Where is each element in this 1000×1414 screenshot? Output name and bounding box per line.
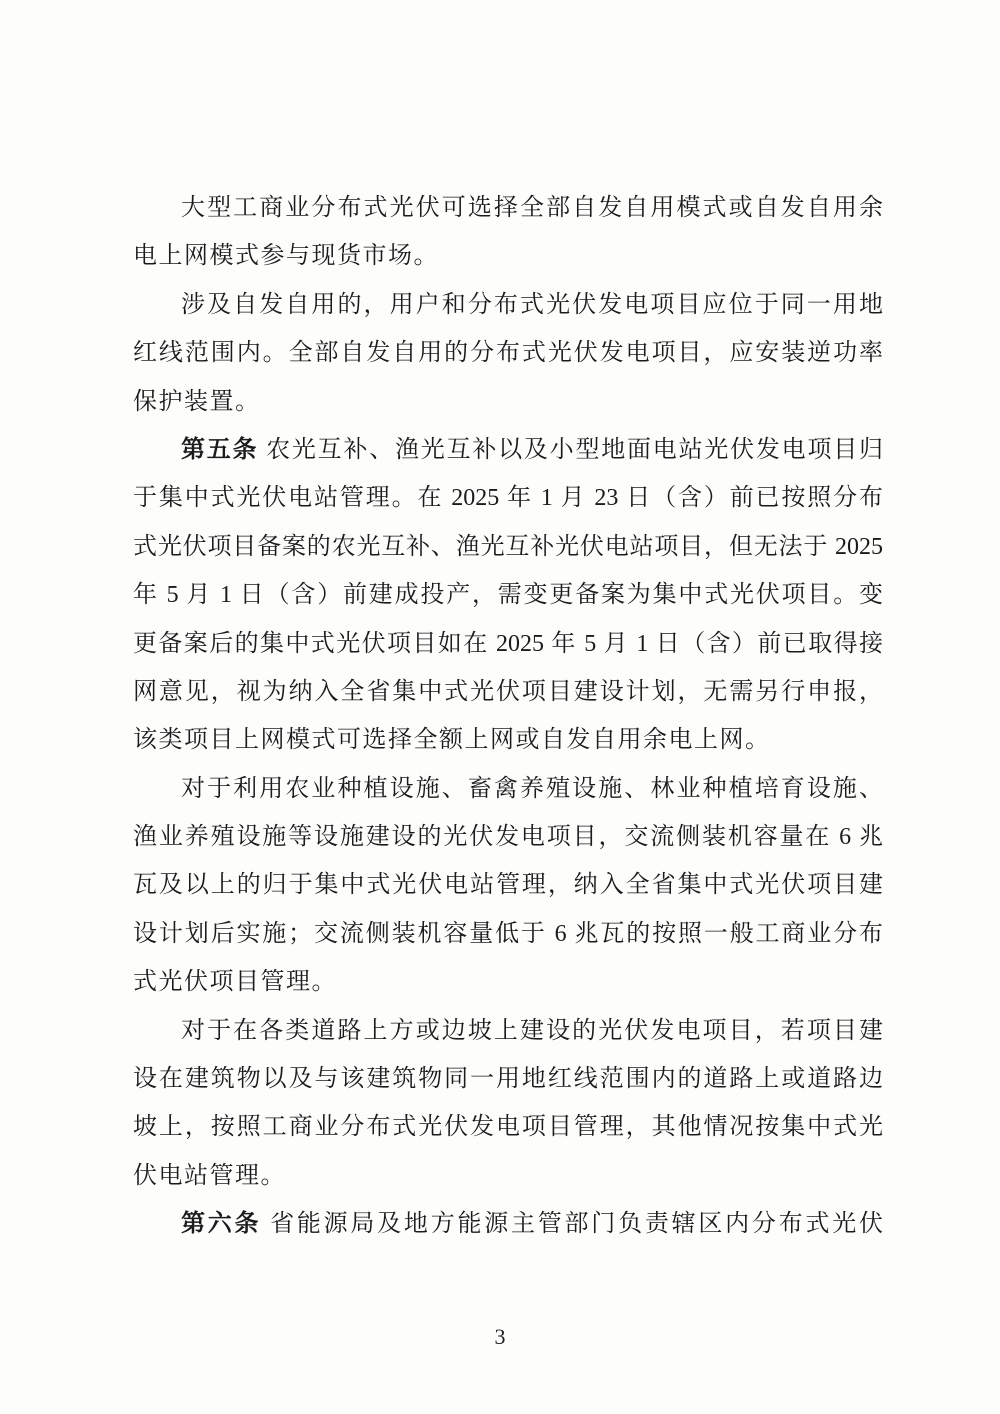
line-text: 对于在各类道路上方或边坡上建设的光伏发电项目，若项目建: [181, 1018, 883, 1044]
text-line: 伏电站管理。: [133, 1152, 883, 1200]
text-line: 设在建筑物以及与该建筑物同一用地红线范围内的道路上或道路边: [133, 1055, 883, 1103]
line-text: 设在建筑物以及与该建筑物同一用地红线范围内的道路上或道路边: [133, 1066, 883, 1092]
line-text: 该类项目上网模式可选择全额上网或自发自用余电上网。: [133, 727, 771, 753]
text-line: 大型工商业分布式光伏可选择全部自发自用模式或自发自用余: [133, 184, 883, 232]
text-line: 设计划后实施；交流侧装机容量低于 6 兆瓦的按照一般工商业分布: [133, 910, 883, 958]
line-text: 年 5 月 1 日（含）前建成投产，需变更备案为集中式光伏项目。变: [133, 582, 883, 608]
text-line: 网意见，视为纳入全省集中式光伏项目建设计划，无需另行申报，: [133, 668, 883, 716]
text-line: 涉及自发自用的，用户和分布式光伏发电项目应位于同一用地: [133, 281, 883, 329]
text-line: 第六条 省能源局及地方能源主管部门负责辖区内分布式光伏: [133, 1200, 883, 1248]
line-text: 渔业养殖设施等设施建设的光伏发电项目，交流侧装机容量在 6 兆: [133, 824, 883, 850]
line-text: 大型工商业分布式光伏可选择全部自发自用模式或自发自用余: [181, 195, 883, 221]
para-article-6: 第六条 省能源局及地方能源主管部门负责辖区内分布式光伏: [133, 1200, 883, 1248]
text-line: 该类项目上网模式可选择全额上网或自发自用余电上网。: [133, 716, 883, 764]
text-line: 于集中式光伏电站管理。在 2025 年 1 月 23 日（含）前已按照分布: [133, 474, 883, 522]
line-text: 伏电站管理。: [133, 1163, 286, 1189]
article-number: 第五条: [181, 437, 258, 463]
line-text: 设计划后实施；交流侧装机容量低于 6 兆瓦的按照一般工商业分布: [133, 921, 883, 947]
line-text: 更备案后的集中式光伏项目如在 2025 年 5 月 1 日（含）前已取得接: [133, 631, 883, 657]
line-text: 于集中式光伏电站管理。在 2025 年 1 月 23 日（含）前已按照分布: [133, 485, 883, 511]
text-line: 坡上，按照工商业分布式光伏发电项目管理，其他情况按集中式光: [133, 1103, 883, 1151]
text-line: 对于利用农业种植设施、畜禽养殖设施、林业种植培育设施、: [133, 765, 883, 813]
page-number: 3: [0, 1324, 1000, 1350]
line-text: 红线范围内。全部自发自用的分布式光伏发电项目，应安装逆功率: [133, 340, 883, 366]
line-text: 网意见，视为纳入全省集中式光伏项目建设计划，无需另行申报，: [133, 679, 883, 705]
text-line: 式光伏项目备案的农光互补、渔光互补光伏电站项目，但无法于 2025: [133, 523, 883, 571]
para-large-commercial-pv: 大型工商业分布式光伏可选择全部自发自用模式或自发自用余电上网模式参与现货市场。: [133, 184, 883, 281]
line-text: 省能源局及地方能源主管部门负责辖区内分布式光伏: [261, 1211, 883, 1237]
document-page: 大型工商业分布式光伏可选择全部自发自用模式或自发自用余电上网模式参与现货市场。涉…: [0, 0, 1000, 1414]
para-agriculture-facilities: 对于利用农业种植设施、畜禽养殖设施、林业种植培育设施、渔业养殖设施等设施建设的光…: [133, 765, 883, 1007]
line-text: 电上网模式参与现货市场。: [133, 243, 439, 269]
text-line: 电上网模式参与现货市场。: [133, 232, 883, 280]
document-body: 大型工商业分布式光伏可选择全部自发自用模式或自发自用余电上网模式参与现货市场。涉…: [133, 184, 883, 1249]
text-line: 保护装置。: [133, 378, 883, 426]
line-text: 对于利用农业种植设施、畜禽养殖设施、林业种植培育设施、: [181, 776, 883, 802]
para-roads-slopes: 对于在各类道路上方或边坡上建设的光伏发电项目，若项目建设在建筑物以及与该建筑物同…: [133, 1007, 883, 1201]
text-line: 式光伏项目管理。: [133, 958, 883, 1006]
line-text: 式光伏项目备案的农光互补、渔光互补光伏电站项目，但无法于 2025: [133, 534, 883, 560]
line-text: 农光互补、渔光互补以及小型地面电站光伏发电项目归: [258, 437, 883, 463]
text-line: 红线范围内。全部自发自用的分布式光伏发电项目，应安装逆功率: [133, 329, 883, 377]
line-text: 涉及自发自用的，用户和分布式光伏发电项目应位于同一用地: [181, 292, 883, 318]
article-number: 第六条: [181, 1211, 261, 1237]
line-text: 瓦及以上的归于集中式光伏电站管理，纳入全省集中式光伏项目建: [133, 872, 883, 898]
text-line: 第五条 农光互补、渔光互补以及小型地面电站光伏发电项目归: [133, 426, 883, 474]
line-text: 保护装置。: [133, 389, 261, 415]
para-self-use-requirements: 涉及自发自用的，用户和分布式光伏发电项目应位于同一用地红线范围内。全部自发自用的…: [133, 281, 883, 426]
line-text: 坡上，按照工商业分布式光伏发电项目管理，其他情况按集中式光: [133, 1114, 883, 1140]
text-line: 对于在各类道路上方或边坡上建设的光伏发电项目，若项目建: [133, 1007, 883, 1055]
line-text: 式光伏项目管理。: [133, 969, 337, 995]
text-line: 渔业养殖设施等设施建设的光伏发电项目，交流侧装机容量在 6 兆: [133, 813, 883, 861]
text-line: 年 5 月 1 日（含）前建成投产，需变更备案为集中式光伏项目。变: [133, 571, 883, 619]
text-line: 更备案后的集中式光伏项目如在 2025 年 5 月 1 日（含）前已取得接: [133, 620, 883, 668]
text-line: 瓦及以上的归于集中式光伏电站管理，纳入全省集中式光伏项目建: [133, 861, 883, 909]
para-article-5: 第五条 农光互补、渔光互补以及小型地面电站光伏发电项目归于集中式光伏电站管理。在…: [133, 426, 883, 765]
